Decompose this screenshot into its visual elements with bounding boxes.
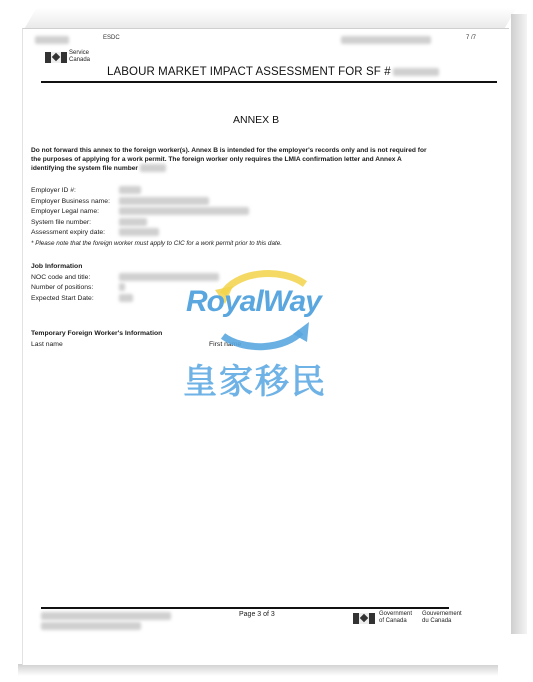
redacted-file-number (140, 164, 166, 172)
watermark-chinese: 皇家移民 (183, 354, 327, 403)
field-system-file-number: System file number: (31, 218, 282, 229)
agency-code: ESDC (103, 35, 120, 41)
field-expiry-date: Assessment expiry date: (31, 228, 282, 239)
document-page: ESDC 7 /7 Service Canada LABOUR MARKET I… (22, 28, 509, 665)
watermark-english: RoyalWay (186, 285, 321, 319)
field-business-name: Employer Business name: (31, 197, 282, 208)
redacted-footer-line2 (41, 622, 141, 630)
footer-rule (41, 607, 449, 609)
logo-line-2: Canada (69, 57, 90, 64)
redacted-sf-number (393, 68, 439, 76)
canada-flag-icon (353, 613, 375, 624)
logo-line-1: Service (69, 50, 90, 57)
job-heading: Job Information (31, 262, 219, 273)
expiry-note: * Please note that the foreign worker mu… (31, 239, 282, 250)
page-counter: 7 /7 (466, 35, 476, 41)
redacted-timestamp (341, 36, 431, 44)
document-title: LABOUR MARKET IMPACT ASSESSMENT FOR SF # (107, 66, 439, 78)
canada-flag-icon (45, 52, 67, 63)
title-text: LABOUR MARKET IMPACT ASSESSMENT FOR SF # (107, 66, 391, 78)
header-rule (41, 81, 497, 83)
redacted-footer-id (41, 612, 171, 620)
field-employer-id: Employer ID #: (31, 186, 282, 197)
redacted-fax-id (35, 36, 69, 44)
page-shadow-bottom (18, 664, 498, 676)
employer-section: Employer ID #: Employer Business name: E… (31, 186, 282, 250)
page-shadow-top (24, 8, 517, 30)
field-legal-name: Employer Legal name: (31, 207, 282, 218)
notice-text: Do not forward this annex to the foreign… (31, 147, 427, 172)
last-name-label: Last name (31, 340, 209, 351)
field-noc: NOC code and title: (31, 273, 219, 284)
service-canada-logo: Service Canada (45, 50, 90, 64)
annex-heading: ANNEX B (233, 114, 279, 126)
annex-notice: Do not forward this annex to the foreign… (31, 147, 431, 174)
page-number: Page 3 of 3 (239, 611, 275, 618)
government-of-canada-logo: Government of Canada Gouvernement du Can… (353, 611, 462, 625)
page-shadow-right (511, 14, 527, 634)
